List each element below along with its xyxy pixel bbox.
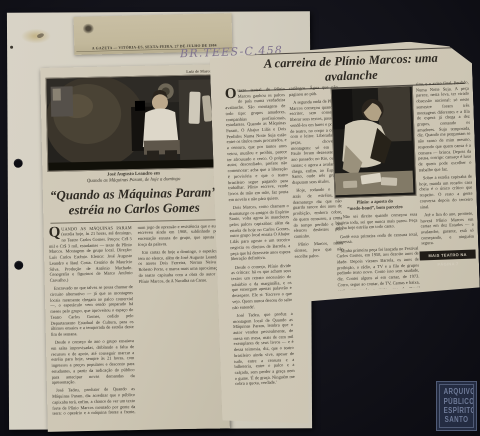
punch-hole-top (14, 159, 23, 168)
right-article-column-3: — Não sei direito quando começou essa hi… (335, 212, 420, 291)
left-newspaper-clipping: Luiz de Marco (40, 64, 230, 432)
archival-scan-page: A GAZETA — VITÓRIA-ES, SEXTA-FEIRA, 27 D… (0, 0, 480, 436)
body-paragraph: Desde o começo, Plínio divide as crítica… (231, 263, 293, 311)
right-newspaper-clipping: A carreira de Plínio Marcos: uma avalanc… (209, 40, 480, 427)
left-photo-caption: José Augusto Leandro em Quando as Máquin… (47, 170, 219, 186)
right-photo-caption: Plínio: a aposta do “medo-bond”, bom par… (329, 197, 421, 212)
body-paragraph: Encravado no que talvez se possa chamar … (50, 284, 134, 337)
body-paragraph: — Não sei direito quando começou essa hi… (335, 212, 418, 232)
more-theatre-tag: MAIS TEATRO NA PÁGINA 7 (420, 250, 476, 261)
plinio-scene-illustration (332, 87, 414, 196)
archive-stamp-frame: ARQUIVO PÚBLICO ESPÍRITO SANTO (439, 384, 474, 428)
body-paragraph: José Tadeu, que produz a montagem local … (233, 311, 296, 387)
body-text: UANDO AS MÁQUINAS PARAM (estréia hoje, à… (49, 225, 133, 283)
stamp-line2: PÚBLICO (444, 397, 470, 406)
right-article-column-4: sina, e o aviso final, Perdido, Numa Noi… (416, 80, 475, 248)
dropcap-q: Q (49, 226, 62, 238)
ink-dot (10, 46, 13, 49)
punch-hole-bottom (14, 261, 23, 270)
left-article-photo (45, 74, 219, 172)
body-paragraph: O texto teatral de Plínio Marcos ganhou … (225, 86, 289, 202)
stage-scene-illustration (46, 75, 218, 171)
body-paragraph: Até o fim do ano, promete, haverá Plínio… (420, 210, 474, 246)
dropcap-o: O (225, 88, 238, 100)
body-paragraph: Minha primeira peça foi lançada no Festi… (336, 245, 419, 290)
body-paragraph: Sobre a estréia capixaba de hoje, manda … (419, 174, 473, 210)
glue-blob (83, 23, 94, 33)
stamp-line3: ESPÍRITO (444, 406, 470, 415)
stamp-line4: SANTO (444, 415, 470, 424)
body-paragraph: sina, e o aviso final, Perdido, Numa Noi… (416, 80, 472, 173)
left-article-body: QUANDO AS MÁQUINAS PARAM (estréia hoje, … (49, 223, 225, 421)
body-paragraph: Em cartaz de hoje a domingo, o espetácul… (138, 248, 222, 284)
body-text: texto teatral de Plínio Marcos ganhou os… (225, 86, 288, 202)
body-paragraph: Desde o começo do ano o grupo ensaiava e… (51, 338, 135, 385)
plinio-marcos-photo (331, 86, 417, 199)
right-article-column-1: O texto teatral de Plínio Marcos ganhou … (225, 86, 296, 414)
body-paragraph: Godê essa primeira onda de censura total… (336, 231, 418, 245)
archive-stamp: ARQUIVO PÚBLICO ESPÍRITO SANTO (436, 381, 477, 431)
body-paragraph: Dois Marcos, como chamam o dramaturgo os… (229, 203, 291, 262)
stamp-line1: ARQUIVO (444, 387, 470, 396)
left-article-headline: “Quando as Máquinas Param” estréia no Ca… (48, 186, 221, 219)
body-paragraph: QUANDO AS MÁQUINAS PARAM (estréia hoje, … (49, 225, 133, 284)
headline-line2: estréia no Carlos Gomes (48, 200, 220, 218)
